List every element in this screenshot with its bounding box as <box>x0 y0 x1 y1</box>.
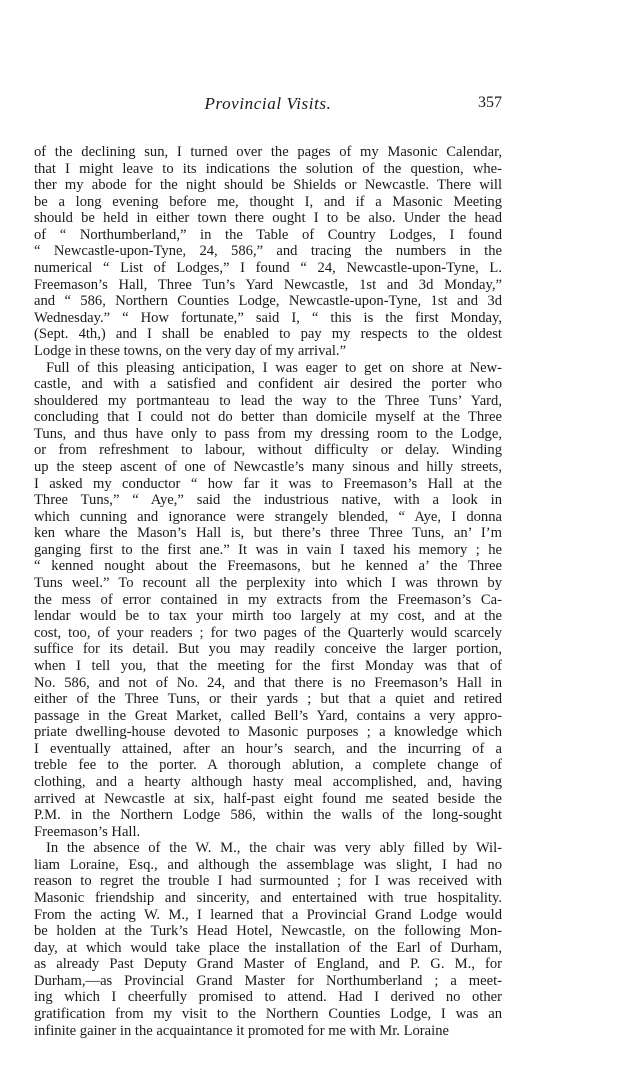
text-line: reason to regret the trouble I had surmo… <box>34 873 502 890</box>
text-line: of “ Northumberland,” in the Table of Co… <box>34 227 502 244</box>
text-line: clothing, and a hearty although hasty me… <box>34 774 502 791</box>
text-line: that I might leave to its indications th… <box>34 161 502 178</box>
text-line: day, at which would take place the insta… <box>34 940 502 957</box>
text-line: Full of this pleasing anticipation, I wa… <box>34 360 502 377</box>
page-number: 357 <box>478 94 502 112</box>
text-line: numerical “ List of Lodges,” I found “ 2… <box>34 260 502 277</box>
text-line: concluding that I could not do better th… <box>34 409 502 426</box>
text-line: as already Past Deputy Grand Master of E… <box>34 956 502 973</box>
text-line: Wednesday.” “ How fortunate,” said I, “ … <box>34 310 502 327</box>
text-line: ken whare the Mason’s Hall is, but there… <box>34 525 502 542</box>
text-line: passage in the Great Market, called Bell… <box>34 708 502 725</box>
book-page: Provincial Visits. 357 of the declining … <box>0 0 633 1078</box>
paragraph: Full of this pleasing anticipation, I wa… <box>34 360 502 841</box>
text-line: lendar would be to tax your mirth too la… <box>34 608 502 625</box>
paragraph: In the absence of the W. M., the chair w… <box>34 840 502 1039</box>
text-line: and “ 586, Northern Counties Lodge, Newc… <box>34 293 502 310</box>
paragraph: of the declining sun, I turned over the … <box>34 144 502 360</box>
running-title: Provincial Visits. <box>34 94 502 114</box>
text-line: either of the Three Tuns, or their yards… <box>34 691 502 708</box>
text-line: Tuns, and thus have only to pass from my… <box>34 426 502 443</box>
text-line: be a long evening before me, thought I, … <box>34 194 502 211</box>
text-line: I asked my conductor “ how far it was to… <box>34 476 502 493</box>
text-line: or from refreshment to labour, without d… <box>34 442 502 459</box>
text-line: ing which I cheerfully promised to atten… <box>34 989 502 1006</box>
text-line: liam Loraine, Esq., and although the ass… <box>34 857 502 874</box>
text-line: Three Tuns,” “ Aye,” said the industriou… <box>34 492 502 509</box>
text-line: From the acting W. M., I learned that a … <box>34 907 502 924</box>
text-line: Masonic friendship and sincerity, and en… <box>34 890 502 907</box>
text-line: Freemason’s Hall. <box>34 824 502 841</box>
text-line: “ Newcastle-upon-Tyne, 24, 586,” and tra… <box>34 243 502 260</box>
text-line: shouldered my portmanteau to lead the wa… <box>34 393 502 410</box>
running-head: Provincial Visits. 357 <box>34 94 502 114</box>
text-line: (Sept. 4th,) and I shall be enabled to p… <box>34 326 502 343</box>
text-line: suffice for its detail. But you may read… <box>34 641 502 658</box>
text-line: No. 586, and not of No. 24, and that the… <box>34 675 502 692</box>
text-line: infinite gainer in the acquaintance it p… <box>34 1023 502 1040</box>
text-line: the mess of error contained in my extrac… <box>34 592 502 609</box>
text-line: Tuns weel.” To recount all the perplexit… <box>34 575 502 592</box>
text-line: I eventually attained, after an hour’s s… <box>34 741 502 758</box>
text-line: ther my abode for the night should be Sh… <box>34 177 502 194</box>
text-line: castle, and with a satisfied and confide… <box>34 376 502 393</box>
text-line: Lodge in these towns, on the very day of… <box>34 343 502 360</box>
text-line: when I tell you, that the meeting for th… <box>34 658 502 675</box>
text-line: treble fee to the porter. A thorough abl… <box>34 757 502 774</box>
body-text: of the declining sun, I turned over the … <box>34 144 502 1039</box>
text-line: “ kenned nought about the Freemasons, bu… <box>34 558 502 575</box>
text-line: should be held in either town there ough… <box>34 210 502 227</box>
text-line: Freemason’s Hall, Three Tun’s Yard Newca… <box>34 277 502 294</box>
text-line: P.M. in the Northern Lodge 586, within t… <box>34 807 502 824</box>
text-line: priate dwelling-house devoted to Masonic… <box>34 724 502 741</box>
text-line: cost, too, of your readers ; for two pag… <box>34 625 502 642</box>
text-line: Durham,—as Provincial Grand Master for N… <box>34 973 502 990</box>
text-line: up the steep ascent of one of Newcastle’… <box>34 459 502 476</box>
text-line: In the absence of the W. M., the chair w… <box>34 840 502 857</box>
text-line: be holden at the Turk’s Head Hotel, Newc… <box>34 923 502 940</box>
text-line: gratification from my visit to the North… <box>34 1006 502 1023</box>
text-line: arrived at Newcastle at six, half-past e… <box>34 791 502 808</box>
text-line: of the declining sun, I turned over the … <box>34 144 502 161</box>
text-line: which cunning and ignorance were strange… <box>34 509 502 526</box>
text-line: ganging first to the first ane.” It was … <box>34 542 502 559</box>
